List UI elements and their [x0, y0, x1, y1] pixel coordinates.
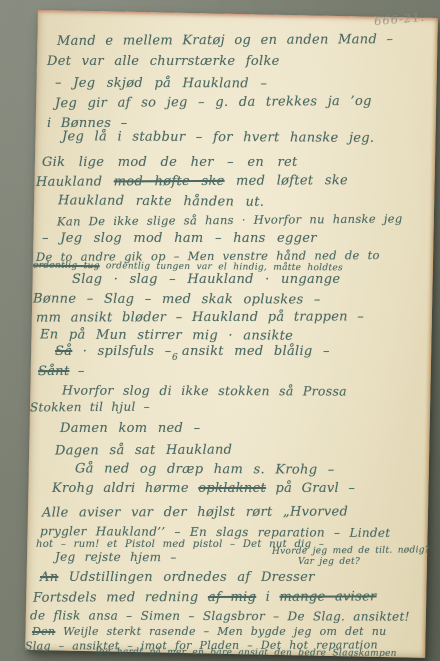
struck-through-text: Sånt [38, 364, 70, 379]
manuscript-line: – Jeg skjød på Haukland – [55, 76, 267, 92]
manuscript-line: prygler Haukland’’ – En slags reparation… [40, 524, 390, 540]
handwritten-text: Alle aviser var der højlst rørt „Hvorved [42, 504, 348, 520]
handwritten-text: Jeg gir af so jeg – g. da trekkes ja ’og [55, 94, 372, 111]
manuscript-line: – Jeg slog mod ham – hans egger [42, 231, 317, 246]
manuscript-line: Bønne – Slag – med skak opluskes – [33, 291, 321, 307]
manuscript-line: An Udstillingen ordnedes af Dresser [40, 570, 315, 585]
handwritten-text: prygler Haukland’’ – En slags reparation… [40, 524, 390, 540]
handwritten-text: Mand e mellem Kratøj og en anden Mand – [57, 32, 393, 49]
struck-through-text: An [40, 570, 58, 585]
manuscript-line: Alle aviser var der højlst rørt „Hvorved [42, 504, 348, 520]
manuscript-line: Jeg gir af so jeg – g. da trekkes ja ’og [55, 94, 372, 111]
handwritten-text: Dagen så sat Haukland [55, 443, 232, 459]
manuscript-line: Så · spilsfuls – ansikt med blålig – [55, 344, 330, 359]
handwritten-text: Gik lige mod de her – en ret [42, 155, 298, 170]
handwritten-text: Jeg hardt på mer en bare ansigt den bedr… [95, 647, 397, 659]
manuscript-line: mm ansikt bløder – Haukland på trappen – [36, 309, 364, 325]
handwritten-text: mm ansikt bløder – Haukland på trappen – [36, 309, 364, 325]
manuscript-line: Haukland rakte hånden ut. [58, 193, 264, 209]
manuscript-line: Fortsdels med redning af mig i mange avi… [33, 589, 377, 605]
manuscript-line: Damen kom ned – [60, 421, 200, 436]
manuscript-line: En på Mun stirrer mig · ansikte [40, 327, 293, 343]
struck-through-text: opklaknet [198, 481, 266, 496]
handwritten-text: Hvorde jeg med de tilt. nødig? [272, 545, 430, 556]
handwritten-text: de flisk ansa – Simen – Slagsbror – De S… [30, 608, 410, 623]
handwritten-text: 6 [172, 353, 178, 363]
manuscript-line: Jeg rejste hjem – [55, 550, 177, 564]
handwritten-text: Haukland rakte hånden ut. [58, 193, 264, 209]
handwritten-text: Bønne – Slag – med skak opluskes – [33, 291, 321, 307]
photo-background: 666-21. Mand e mellem Kratøj og en anden… [0, 0, 440, 661]
manuscript-line: Gå ned og dræp ham s. Krohg – [75, 461, 335, 477]
manuscript-lines: Mand e mellem Kratøj og en anden Mand –D… [0, 0, 440, 661]
struck-through-text: mange aviser [280, 589, 377, 604]
manuscript-line: Den Weijle sterkt rasende – Men bygde je… [32, 625, 386, 638]
handwritten-text: · spilsfuls – ansikt med blålig – [72, 344, 330, 359]
manuscript-line: Hvorfor slog di ikke stokken så Prossa [62, 383, 347, 399]
handwritten-text: Gå ned og dræp ham s. Krohg – [75, 461, 335, 477]
manuscript-line: Krohg aldri hørme opklaknet på Gravl – [52, 481, 355, 496]
manuscript-line: Kan De ikke slige så hans · Hvorfor nu h… [57, 211, 403, 228]
manuscript-line: Gik lige mod de her – en ret [42, 155, 298, 170]
handwritten-text: – Jeg slog mod ham – hans egger [42, 231, 317, 246]
manuscript-line: Slag · slag – Haukland · ungange [72, 272, 340, 287]
handwritten-text: Jeg lå i stabbur – for hvert hanske jeg. [62, 129, 374, 146]
handwritten-text: Haukland [36, 174, 114, 189]
handwritten-text: Hvorfor slog di ikke stokken så Prossa [62, 383, 347, 399]
handwritten-text: i [256, 590, 279, 605]
struck-through-text: Så [55, 344, 72, 359]
manuscript-line: Det var alle churrstærke folke [47, 54, 280, 69]
struck-through-text: Den [32, 625, 55, 638]
manuscript-line: Mand e mellem Kratøj og en anden Mand – [57, 32, 393, 49]
handwritten-text: Fortsdels med redning [33, 590, 208, 606]
manuscript-line: Stokken til hjul – [30, 400, 150, 415]
handwritten-text: – [69, 364, 84, 379]
handwritten-text: på Gravl – [266, 481, 355, 496]
handwritten-text: En på Mun stirrer mig · ansikte [40, 327, 293, 343]
struck-through-text: ordentlig tug [33, 261, 100, 272]
manuscript-line: de flisk ansa – Simen – Slagsbror – De S… [30, 608, 410, 623]
handwritten-text: med løftet ske [225, 173, 348, 189]
handwritten-text: Jeg rejste hjem – [55, 550, 177, 564]
manuscript-line: Var jeg det? [298, 557, 360, 567]
manuscript-line: Haukland mod høfte ske med løftet ske [36, 173, 348, 190]
manuscript-line: 6 [172, 353, 178, 363]
manuscript-line: Sånt – [38, 364, 85, 379]
handwritten-text: Damen kom ned – [60, 421, 200, 436]
handwritten-text: Var jeg det? [298, 557, 360, 567]
handwritten-text: Stokken til hjul – [30, 400, 150, 415]
handwritten-text: – Jeg skjød på Haukland – [55, 76, 267, 92]
handwritten-text: Udstillingen ordnedes af Dresser [58, 570, 314, 585]
handwritten-text: Kan De ikke slige så hans · Hvorfor nu h… [57, 211, 403, 228]
handwritten-text: Krohg aldri hørme [52, 481, 198, 496]
manuscript-line: Hvorde jeg med de tilt. nødig? [272, 545, 430, 556]
struck-through-text: mod høfte ske [114, 174, 225, 190]
handwritten-text: Slag · slag – Haukland · ungange [72, 272, 340, 287]
handwritten-text: Weijle sterkt rasende – Men bygde jeg om… [55, 625, 386, 638]
manuscript-line: Jeg lå i stabbur – for hvert hanske jeg. [62, 129, 374, 146]
manuscript-line: Jeg hardt på mer en bare ansigt den bedr… [95, 647, 397, 659]
struck-through-text: af mig [208, 590, 256, 605]
handwritten-text: Det var alle churrstærke folke [47, 54, 280, 69]
manuscript-line: Dagen så sat Haukland [55, 443, 232, 459]
